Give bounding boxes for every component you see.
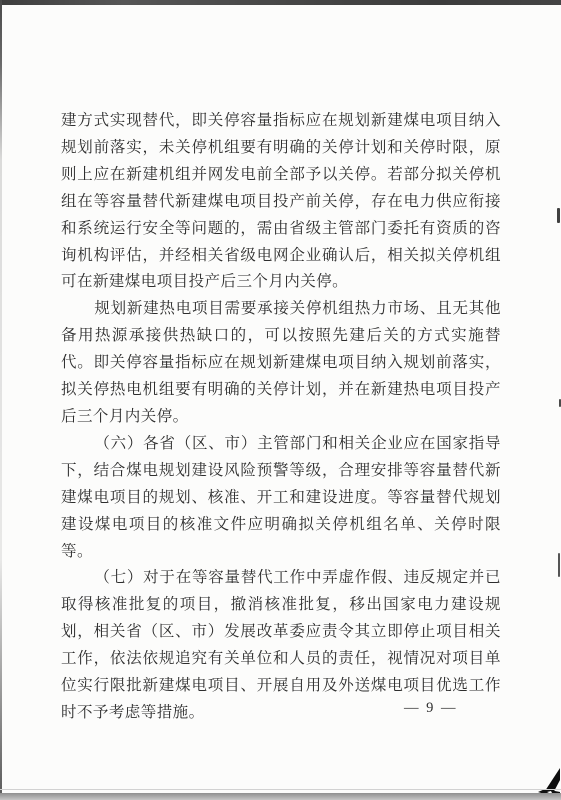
scan-left-edge <box>0 0 2 800</box>
scanned-document-page: 建方式实现替代，即关停容量指标应在规划新建煤电项目纳入规划前落实，未关停机组要有… <box>0 0 561 800</box>
scan-bottom-line <box>0 789 561 790</box>
paragraph-item-six: （六）各省（区、市）主管部门和相关企业应在国家指导下，结合煤电规划建设风险预警等… <box>61 431 501 566</box>
paragraph-heat-replacement: 规划新建热电项目需要承接关停机组热力市场、且无其他备用热源承接供热缺口的，可以按… <box>61 296 501 431</box>
scan-bottom-edge <box>0 793 561 800</box>
page-number: — 9 — <box>404 700 514 717</box>
document-body: 建方式实现替代，即关停容量指标应在规划新建煤电项目纳入规划前落实，未关停机组要有… <box>61 108 501 727</box>
scan-top-edge <box>0 0 561 5</box>
binding-mark <box>557 208 560 223</box>
binding-mark <box>558 553 560 577</box>
paragraph-continuation: 建方式实现替代，即关停容量指标应在规划新建煤电项目纳入规划前落实，未关停机组要有… <box>61 108 501 296</box>
